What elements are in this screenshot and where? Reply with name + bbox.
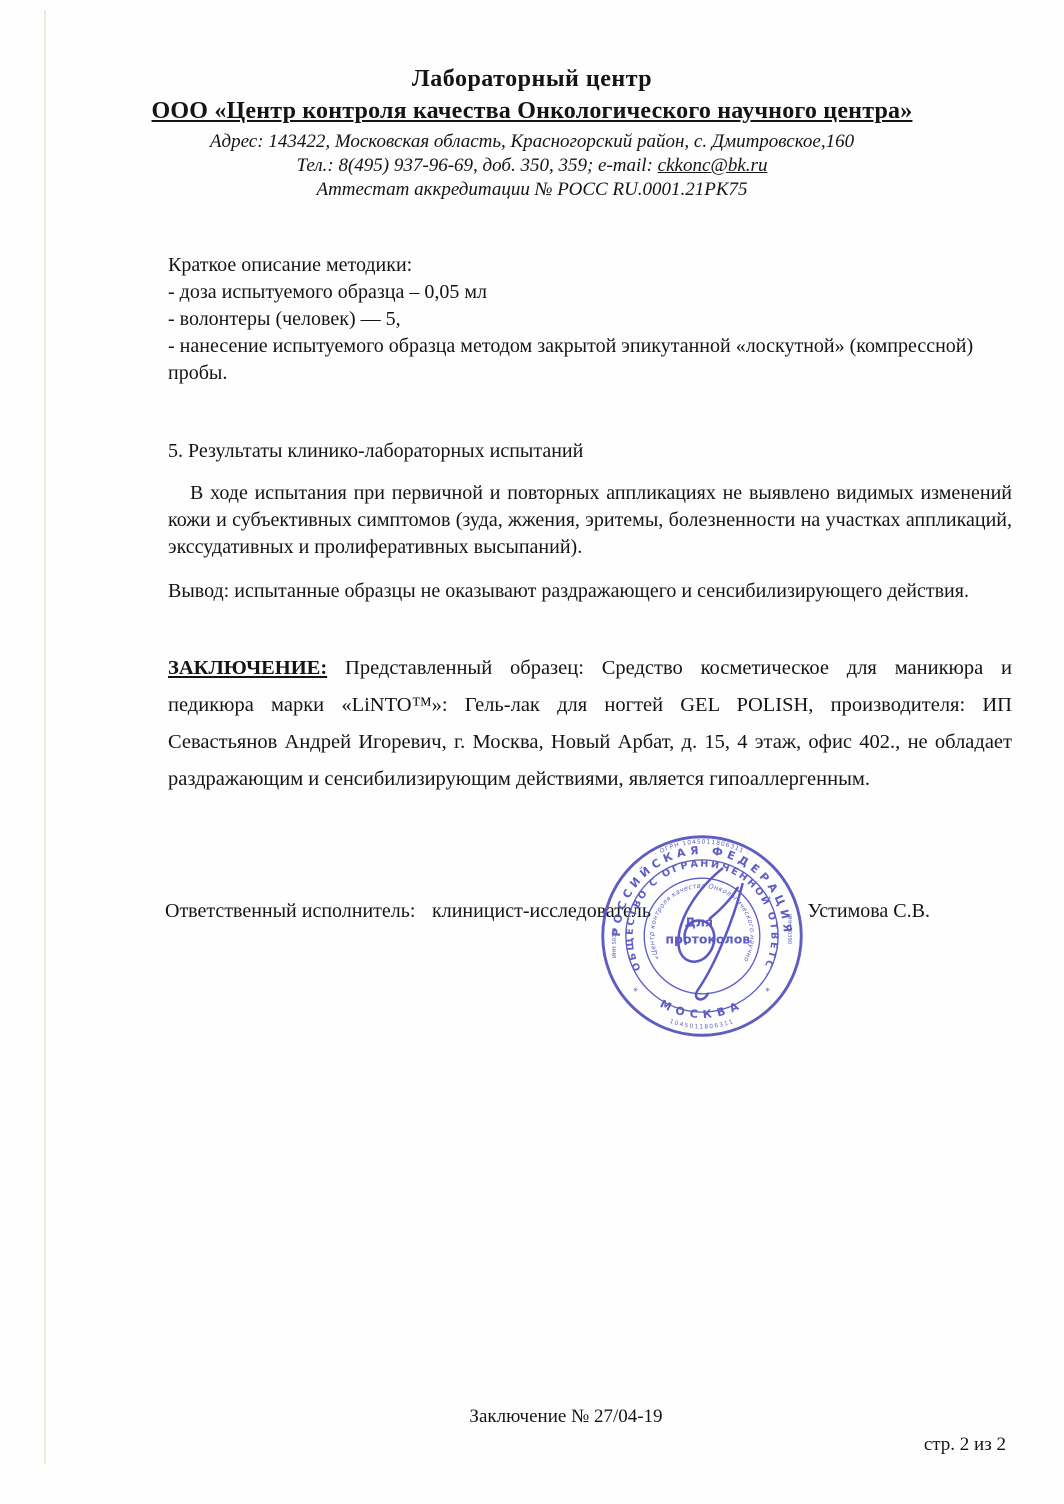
document-page: Лабораторный центр ООО «Центр контроля к… [0,0,1064,1504]
scan-artifact-line [44,10,46,1464]
footer-page-number: стр. 2 из 2 [924,1434,1006,1456]
signature-role-label: Ответственный исполнитель: [165,900,415,923]
method-item: - нанесение испытуемого образца методом … [168,333,1012,387]
conclusion-label: ЗАКЛЮЧЕНИЕ: [168,657,327,679]
footer-document-number: Заключение № 27/04-19 [0,1406,1064,1428]
results-heading: 5. Результаты клинико-лабораторных испыт… [168,438,1012,465]
method-title: Краткое описание методики: [168,252,1012,279]
round-stamp: · ОГРН 1045011806311 · РОССИЙСКАЯ ФЕДЕРА… [596,830,808,1042]
letterhead: Лабораторный центр ООО «Центр контроля к… [0,66,1064,201]
signature-name: Устимова С.В. [808,900,930,923]
accreditation-line: Аттестат аккредитации № РОСС RU.0001.21Р… [0,179,1064,201]
footer-document-number-text: Заключение № 27/04-19 [469,1406,662,1427]
stamp-star-right: ✳ [765,986,771,994]
stamp-inn-left: ИНН 50390 [612,927,618,958]
org-type-title: Лабораторный центр [0,66,1064,93]
org-email: ckkonc@bk.ru [658,155,768,176]
org-address: Адрес: 143422, Московская область, Красн… [0,131,1064,153]
stamp-star-left: ✳ [633,986,639,994]
method-item: - доза испытуемого образца – 0,05 мл [168,279,1012,306]
stamp-dot-right: . [766,968,769,978]
stamp-moscow-arc: МОСКВА [658,997,746,1021]
results-paragraph: В ходе испытания при первичной и повторн… [168,480,1012,561]
method-item: - волонтеры (человек) — 5, [168,306,1012,333]
stamp-inn-right: ИНН 50390 [786,914,792,945]
stamp-dot-left: . [635,968,638,978]
org-name-title: ООО «Центр контроля качества Онкологичес… [0,98,1064,125]
results-text: В ходе испытания при первичной и повторн… [168,482,1012,558]
method-description: Краткое описание методики: - доза испыту… [168,252,1012,387]
stamp-dot-bottom: . [700,987,703,997]
stamp-center-line1: Для [685,914,713,929]
results-conclusion: Вывод: испытанные образцы не оказывают р… [168,578,1012,605]
org-contacts: Тел.: 8(495) 937-96-69, доб. 350, 359; e… [0,155,1064,177]
org-phone: Тел.: 8(495) 937-96-69, доб. 350, 359; e… [297,155,658,176]
final-conclusion: ЗАКЛЮЧЕНИЕ: Представленный образец: Сред… [168,650,1012,798]
